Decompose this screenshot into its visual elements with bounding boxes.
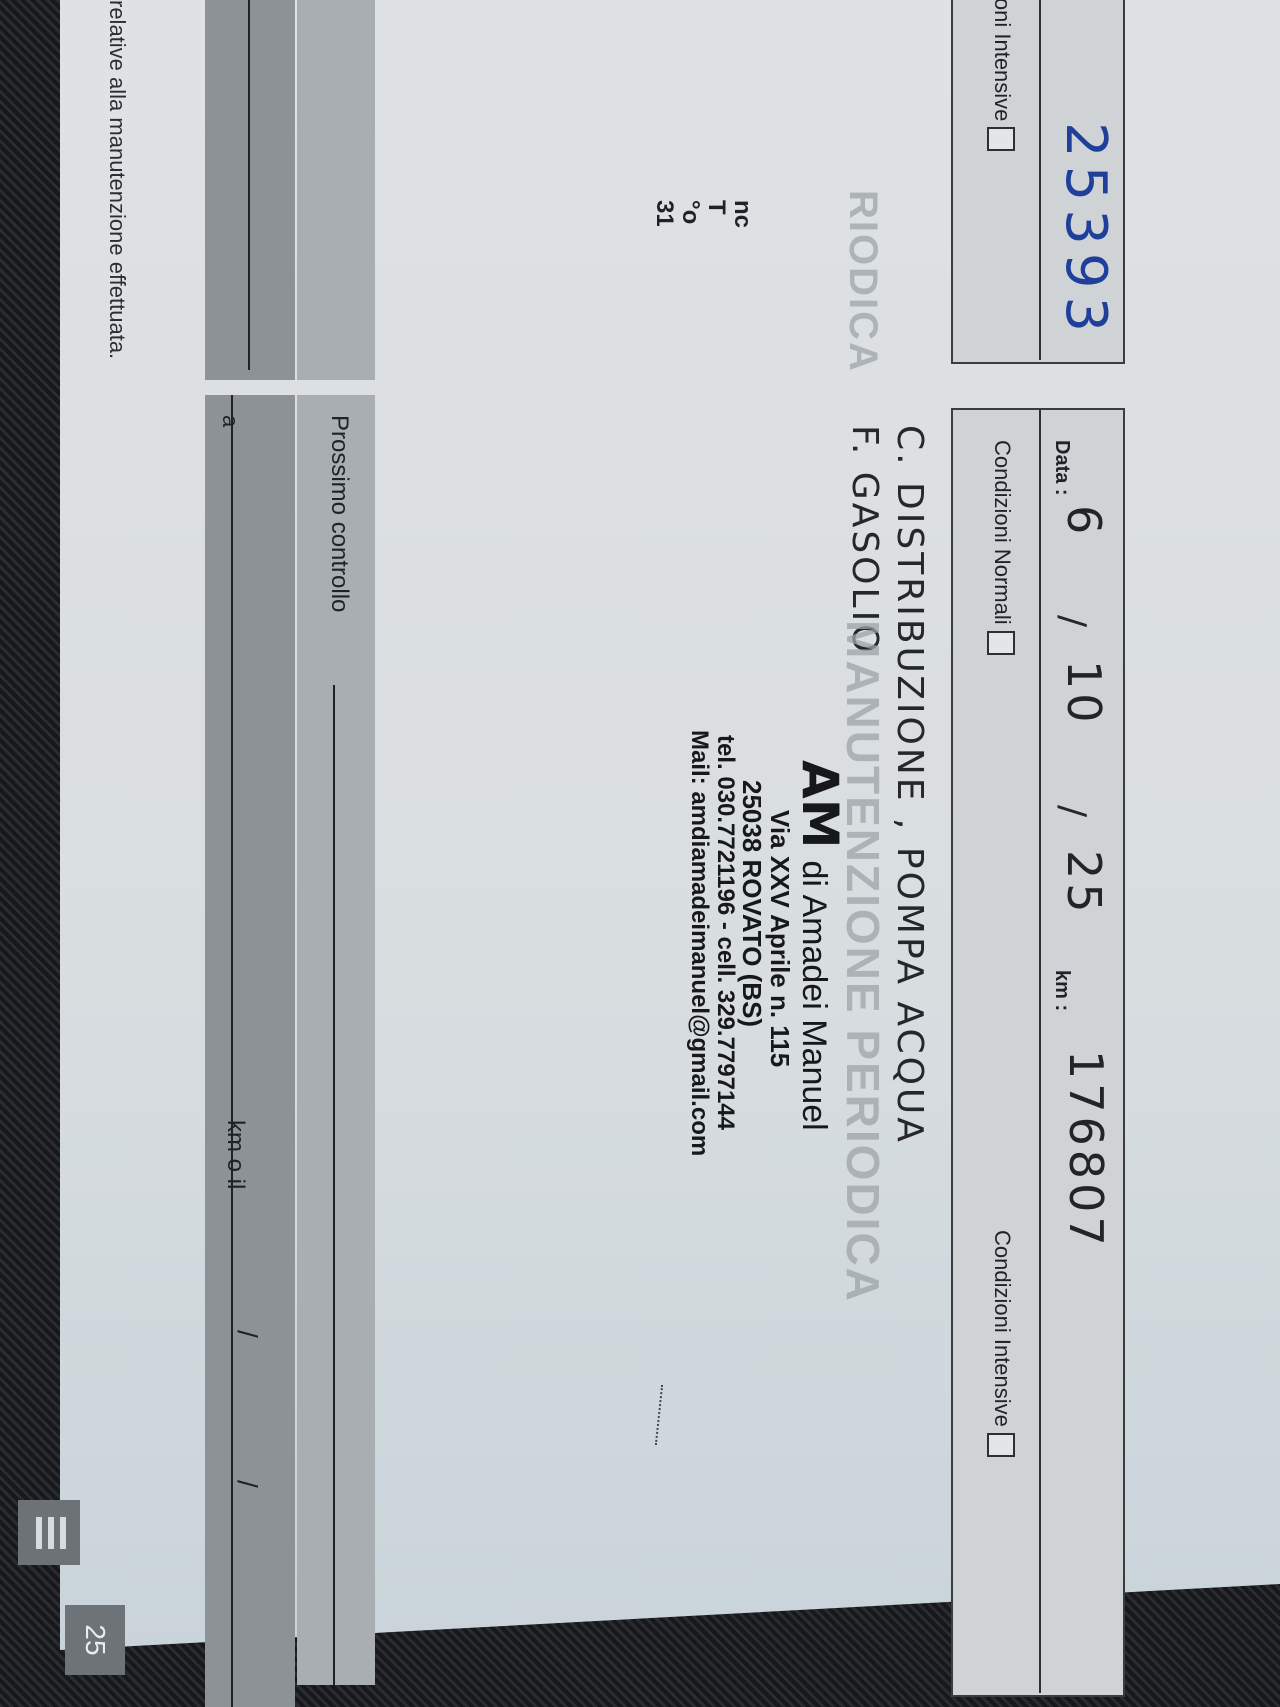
previous-next-check-band-dark bbox=[205, 0, 295, 380]
stamp-city: 25038 ROVATO (BS) bbox=[739, 780, 765, 1156]
next-check-km-line[interactable] bbox=[231, 395, 295, 1707]
previous-intensive-checkbox[interactable] bbox=[987, 127, 1015, 151]
maintenance-entry-box: Data : 6 / 10 / 25 km : 176807 Condizion… bbox=[951, 408, 1125, 1697]
next-check-band: Prossimo controllo bbox=[297, 395, 375, 1685]
page-content: relative alla manutenzione effettuata. 2… bbox=[0, 0, 1280, 1707]
reference-number: 25393 bbox=[1053, 122, 1118, 340]
date-day: 6 bbox=[1057, 505, 1111, 538]
date-year: 25 bbox=[1057, 850, 1111, 917]
condition-normal-checkbox[interactable] bbox=[987, 631, 1015, 655]
previous-next-check-band bbox=[297, 0, 375, 380]
stamp-name: di Amadei Manuel bbox=[797, 860, 831, 1130]
stamp-email: Mail: amdiamadeimanuel@gmail.com bbox=[687, 730, 711, 1156]
page-number: 25 bbox=[65, 1605, 125, 1675]
km-value: 176807 bbox=[1059, 1050, 1113, 1250]
stamp-phone: tel. 030.7721196 - cell. 329.7797144 bbox=[713, 735, 737, 1156]
date-label: Data : bbox=[1050, 440, 1073, 496]
signature-mark bbox=[655, 1385, 663, 1445]
next-check-line[interactable] bbox=[333, 685, 375, 1685]
condition-intensive-checkbox[interactable] bbox=[987, 1433, 1015, 1457]
stamp-address: Via XXV Aprile n. 115 bbox=[767, 810, 793, 1156]
next-check-label: Prossimo controllo bbox=[325, 415, 353, 612]
partial-text: nc T °o 31 bbox=[651, 200, 755, 228]
stamp-logo: AM bbox=[795, 760, 845, 848]
workshop-stamp: AM di Amadei Manuel Via XXV Aprile n. 11… bbox=[687, 760, 845, 1156]
km-label: km : bbox=[1050, 970, 1073, 1011]
previous-watermark: RIODICA bbox=[840, 190, 885, 373]
next-check-km-label: km o il bbox=[221, 1120, 249, 1189]
header-text: relative alla manutenzione effettuata. bbox=[104, 0, 130, 359]
previous-condition-intensive: zioni Intensive bbox=[987, 0, 1015, 151]
next-check-band-dark: a km o il / / bbox=[205, 395, 295, 1707]
condition-normal: Condizioni Normali bbox=[987, 440, 1015, 655]
menu-lines-icon bbox=[30, 1517, 66, 1549]
condition-intensive: Condizioni Intensive bbox=[987, 1230, 1015, 1457]
previous-entry-box: 25393 zioni Intensive bbox=[951, 0, 1125, 364]
section-tab bbox=[18, 1500, 80, 1565]
date-month: 10 bbox=[1057, 660, 1111, 727]
notes-line-1: C. DISTRIBUZIONE , POMPA ACQUA bbox=[889, 425, 930, 1145]
